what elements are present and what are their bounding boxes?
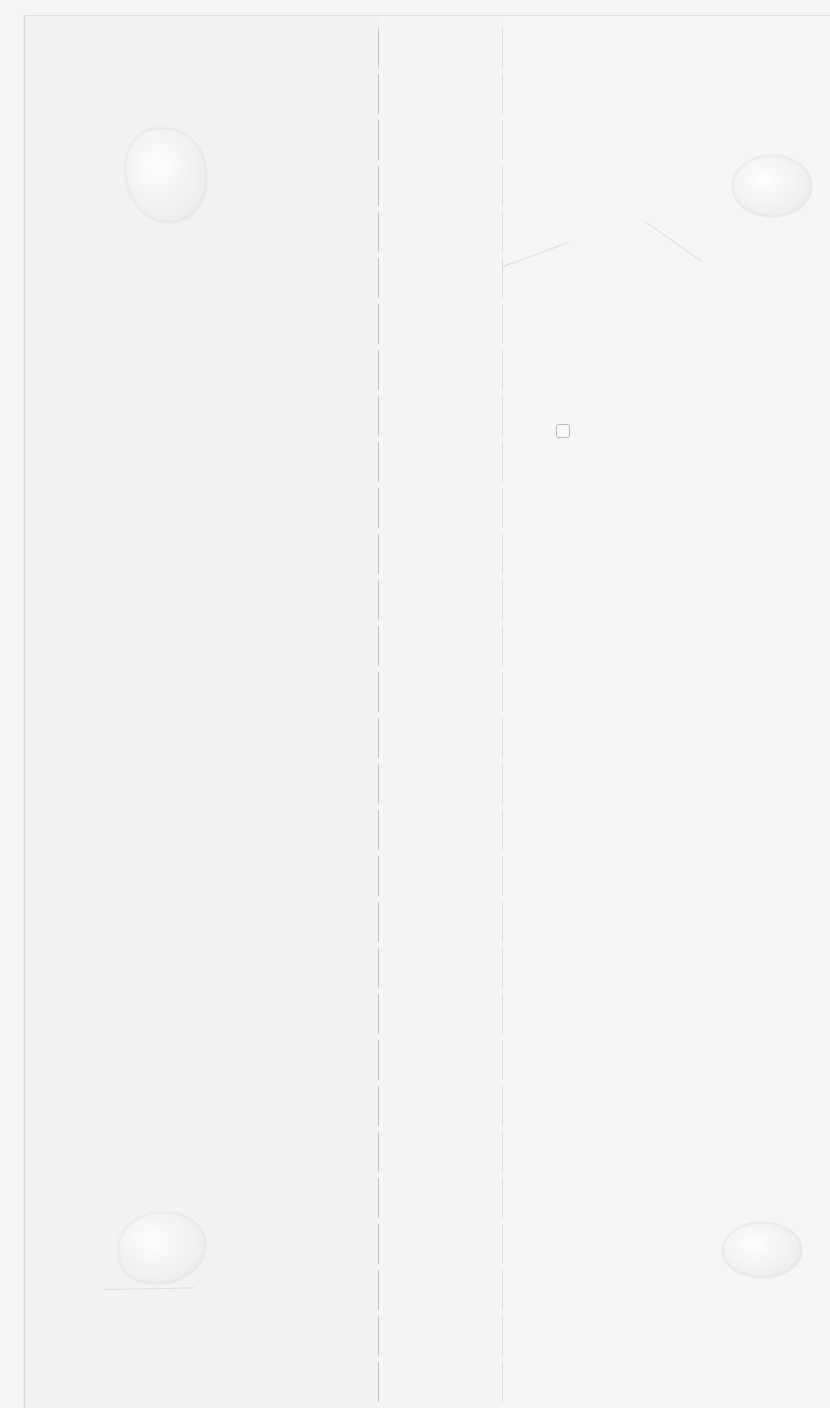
blank-card xyxy=(24,15,830,1408)
adhesive-mark-bottom-right xyxy=(722,1222,802,1278)
right-panel xyxy=(503,16,830,1408)
perforation-line-right xyxy=(502,28,503,1408)
perforation-line-left xyxy=(378,28,379,1408)
middle-panel xyxy=(379,16,503,1408)
left-panel xyxy=(25,16,378,1408)
paper-fleck xyxy=(556,424,570,438)
adhesive-mark-top-right xyxy=(732,155,812,217)
